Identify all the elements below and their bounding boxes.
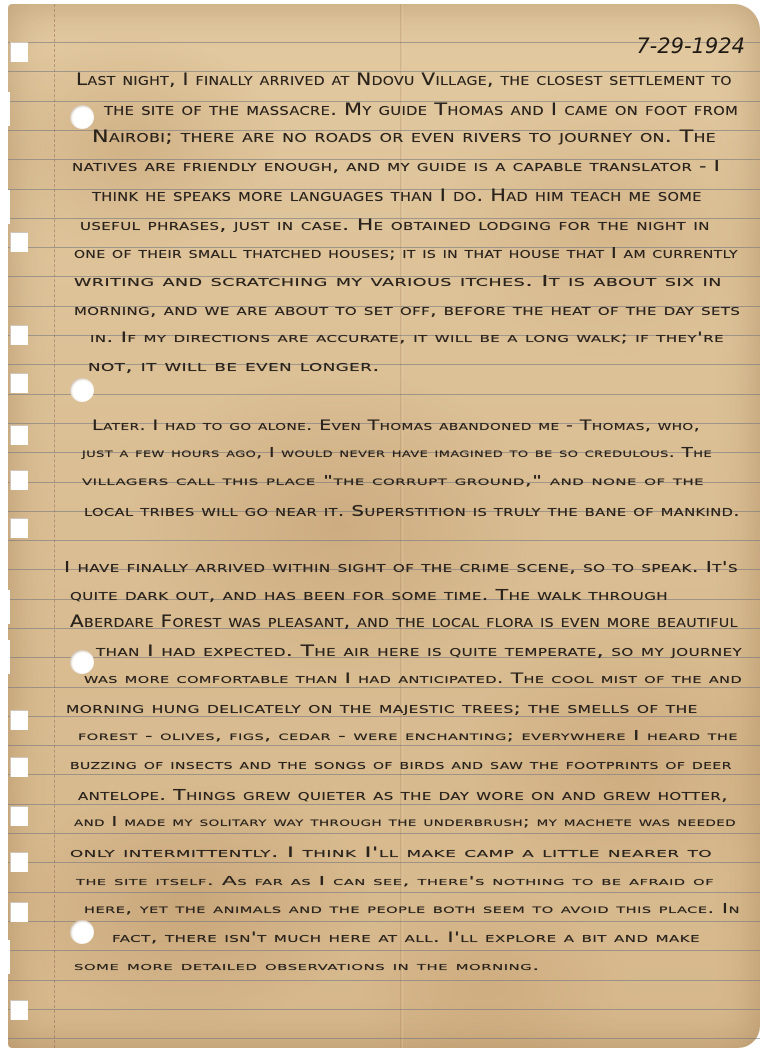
ruled-line xyxy=(8,921,760,922)
journal-line: some more detailed observations in the m… xyxy=(74,959,540,973)
journal-line: writing and scratching my various itches… xyxy=(74,272,722,290)
ruled-line xyxy=(8,833,760,834)
ruled-line xyxy=(8,540,760,541)
torn-edge-notch xyxy=(0,640,10,674)
journal-line: the site of the massacre. My guide Thoma… xyxy=(104,100,738,120)
punch-hole xyxy=(70,920,94,944)
binding-tab-hole xyxy=(10,710,28,730)
ruled-line xyxy=(8,862,760,863)
journal-line: than I had expected. The air here is qui… xyxy=(96,641,742,660)
torn-edge-notch xyxy=(0,92,10,126)
journal-line: buzzing of insects and the songs of bird… xyxy=(70,757,732,773)
journal-line: Aberdare Forest was pleasant, and the lo… xyxy=(70,612,738,632)
ruled-line xyxy=(8,892,760,893)
torn-edge-notch xyxy=(0,940,10,974)
journal-line: natives are friendly enough, and my guid… xyxy=(72,157,720,175)
ruled-line xyxy=(8,980,760,981)
journal-line: morning hung delicately on the majestic … xyxy=(66,699,698,717)
journal-line: only intermittently. I think I'll make c… xyxy=(70,845,712,861)
journal-line: Last night, I finally arrived at Ndovu V… xyxy=(76,70,732,90)
journal-line: quite dark out, and has been for some ti… xyxy=(70,586,668,604)
ruled-line xyxy=(8,394,760,395)
entry-date: 7-29-1924 xyxy=(636,34,745,58)
journal-line: antelope. Things grew quieter as the day… xyxy=(78,786,728,804)
binding-tab-hole xyxy=(10,852,28,872)
ruled-line xyxy=(8,774,760,775)
journal-line: villagers call this place "the corrupt g… xyxy=(82,474,704,489)
binding-tab-hole xyxy=(10,373,28,393)
journal-line: fact, there isn't much here at all. I'll… xyxy=(112,930,700,946)
binding-tab-hole xyxy=(10,232,28,252)
binding-tab-hole xyxy=(10,325,28,345)
journal-line: Later. I had to go alone. Even Thomas ab… xyxy=(92,418,700,434)
journal-line: and I made my solitary way through the u… xyxy=(74,815,736,830)
journal-line: think he speaks more languages than I do… xyxy=(92,186,702,206)
binding-tab-hole xyxy=(10,757,28,777)
binding-tab-hole xyxy=(10,806,28,826)
torn-edge-notch xyxy=(0,190,10,224)
journal-line: morning, and we are about to set off, be… xyxy=(74,301,740,319)
journal-line: in. If my directions are accurate, it wi… xyxy=(90,330,724,346)
punch-hole xyxy=(70,105,94,129)
journal-line: one of their small thatched houses; it i… xyxy=(74,244,738,262)
binding-tab-hole xyxy=(10,1000,28,1020)
ruled-line xyxy=(8,1038,760,1039)
journal-line: here, yet the animals and the people bot… xyxy=(84,902,740,917)
binding-tab-hole xyxy=(10,470,28,490)
journal-line: I have finally arrived within sight of t… xyxy=(64,558,738,576)
journal-line: the site itself. As far as I can see, th… xyxy=(76,874,714,888)
ruled-line xyxy=(8,745,760,746)
journal-line: Nairobi; there are no roads or even rive… xyxy=(92,127,716,147)
journal-line: forest - olives, figs, cedar - were ench… xyxy=(78,729,738,744)
punch-hole xyxy=(70,378,94,402)
ruled-line xyxy=(8,1009,760,1010)
journal-line: was more comfortable than I had anticipa… xyxy=(84,671,742,687)
binding-tab-hole xyxy=(10,902,28,922)
binding-tab-hole xyxy=(10,425,28,445)
journal-line: not, it will be even longer. xyxy=(88,357,380,375)
ruled-line xyxy=(8,687,760,688)
binding-tab-hole xyxy=(10,518,28,538)
ruled-line xyxy=(8,950,760,951)
journal-line: local tribes will go near it. Superstiti… xyxy=(84,502,740,520)
binding-tab-hole xyxy=(10,42,28,62)
torn-edge-notch xyxy=(0,590,10,624)
journal-line: just a few hours ago, I would never have… xyxy=(82,446,712,461)
journal-line: useful phrases, just in case. He obtaine… xyxy=(80,215,710,234)
punch-hole xyxy=(70,650,94,674)
ruled-line xyxy=(8,804,760,805)
